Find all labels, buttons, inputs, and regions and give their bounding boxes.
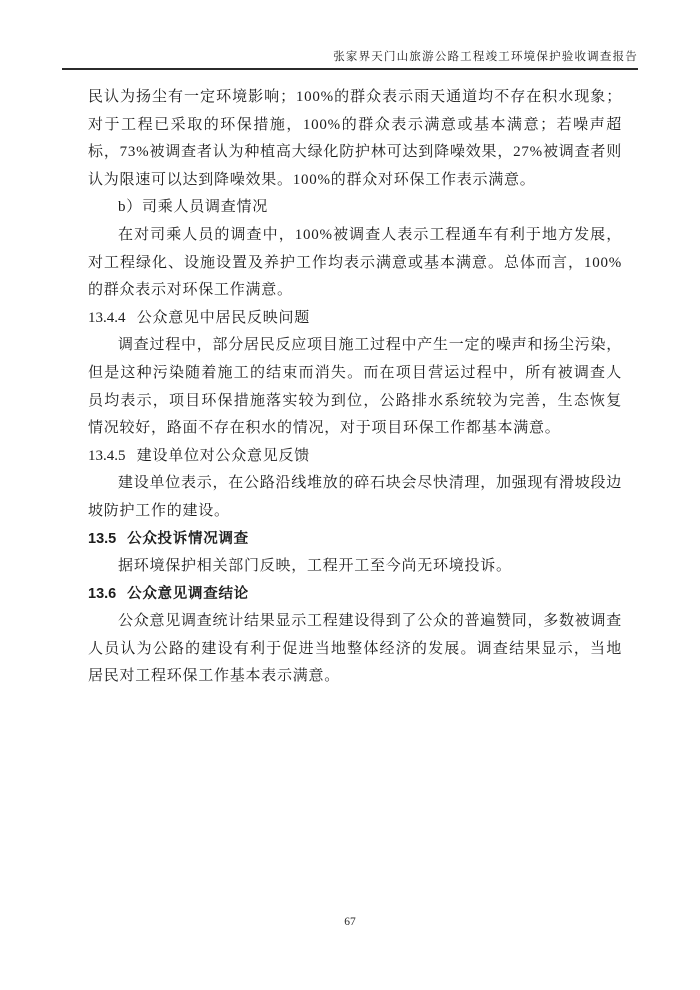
paragraph-resident-issues: 调查过程中，部分居民反应项目施工过程中产生一定的噪声和扬尘污染，但是这种污染随着… [88,332,622,442]
heading-title: 公众意见调查结论 [127,586,249,602]
heading-number: 13.4.4 [88,310,126,326]
heading-title: 建设单位对公众意见反馈 [137,448,310,464]
heading-title: 公众投诉情况调查 [127,531,249,547]
page-header: 张家界天门山旅游公路工程竣工环境保护验收调查报告 [62,48,638,70]
paragraph-survey-conclusion: 公众意见调查统计结果显示工程建设得到了公众的普遍赞同，多数被调查人员认为公路的建… [88,608,622,691]
heading-number: 13.6 [88,586,116,602]
paragraph-driver-survey: 在对司乘人员的调查中，100%被调查人表示工程通车有利于地方发展，对工程绿化、设… [88,222,622,305]
heading-13-4-5: 13.4.5建设单位对公众意见反馈 [88,443,622,471]
heading-number: 13.5 [88,531,116,547]
heading-title: 公众意见中居民反映问题 [137,310,310,326]
subsection-label-driver-survey: b）司乘人员调查情况 [88,194,622,222]
heading-13-6: 13.6公众意见调查结论 [88,581,622,609]
paragraph-complaint-status: 据环境保护相关部门反映，工程开工至今尚无环境投诉。 [88,553,622,581]
heading-13-5: 13.5公众投诉情况调查 [88,526,622,554]
page-number: 67 [344,916,356,928]
paragraph-public-opinion-continuation: 民认为扬尘有一定环境影响；100%的群众表示雨天通道均不存在积水现象；对于工程已… [88,84,622,194]
document-page: 张家界天门山旅游公路工程竣工环境保护验收调查报告 民认为扬尘有一定环境影响；10… [0,0,700,990]
page-footer: 67 [0,916,700,928]
document-body: 民认为扬尘有一定环境影响；100%的群众表示雨天通道均不存在积水现象；对于工程已… [88,84,622,691]
heading-13-4-4: 13.4.4公众意见中居民反映问题 [88,305,622,333]
paragraph-builder-feedback: 建设单位表示，在公路沿线堆放的碎石块会尽快清理，加强现有滑坡段边坡防护工作的建设… [88,470,622,525]
header-title: 张家界天门山旅游公路工程竣工环境保护验收调查报告 [333,51,638,63]
heading-number: 13.4.5 [88,448,126,464]
